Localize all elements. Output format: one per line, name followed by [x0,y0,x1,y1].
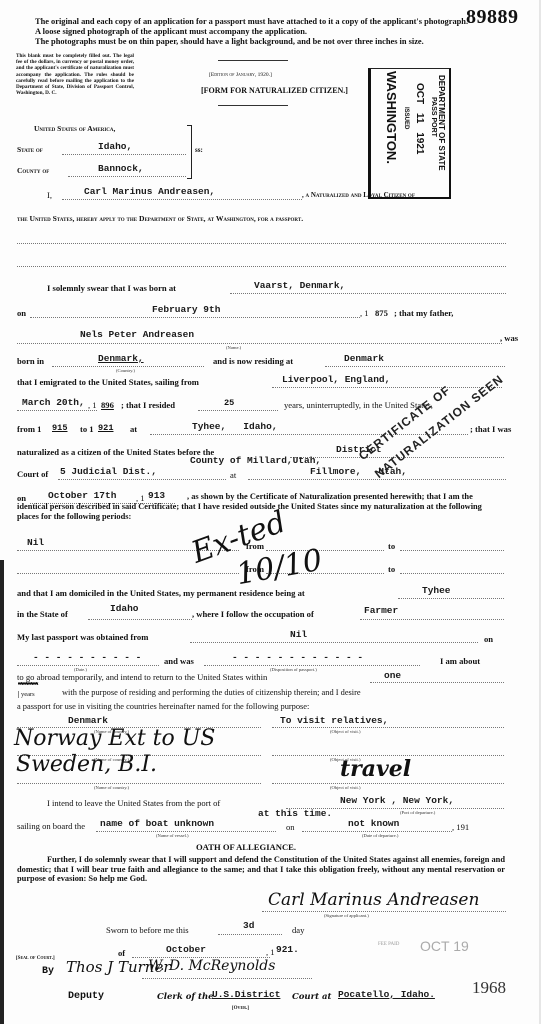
domicile-residence: Tyhee [422,585,451,596]
last-passport-lead: My last passport was obtained from [17,632,148,642]
field-line [52,366,204,367]
signature-caption: (Signature of applicant.) [324,913,369,918]
field-line [248,479,506,480]
field-line [370,682,504,683]
father-residence: Denmark [344,353,384,364]
birth-year: 875 [375,308,388,318]
court-name: 5 Judicial Dist., [60,466,157,477]
field-line [272,783,504,784]
departure-port: New York , New York, [340,795,454,806]
field-line [398,598,504,599]
stamp-city: WASHINGTON. [384,71,399,164]
field-line [272,387,502,388]
father-birth-country: Denmark, [98,353,144,364]
fee-stamp: FEE PAID [378,942,399,947]
venue-state-value: Idaho, [98,141,132,152]
object-1: To visit relatives, [280,715,388,726]
by-label: By [42,966,54,977]
fee-date: OCT 19 [420,938,469,954]
domicile-state-label: in the State of [17,609,68,619]
venue-country: United States of America, [34,124,115,133]
purpose-text: with the purpose of residing and perform… [62,688,361,697]
vessel-caption: (Name of vessel.) [156,833,189,838]
field-line [198,410,278,411]
field-line [325,366,505,367]
birth-place: Vaarst, Denmark, [254,280,345,291]
departure-year: , 191 [452,822,469,832]
court-county: County of Millard,Utah, [190,455,321,466]
venue-ss: ss: [195,146,203,154]
from-label: from 1 [17,424,41,434]
divider [218,105,288,106]
domicile-lead: and that I am domiciled in the United St… [17,588,305,598]
clerk-label: Clerk of the [157,992,214,1002]
naturalization-lead: naturalized as a citizen of the United S… [17,447,214,457]
abroad-to-1: to [388,541,395,551]
field-line [400,573,504,574]
to-year: 921 [98,423,113,433]
emigration-year-prefix: , 1 [88,400,97,410]
stamp-issued: ISSUED [403,107,409,129]
field-line [17,665,159,666]
that-i-was: ; that I was [470,424,511,434]
clerk-signature: W. D. McReynolds [148,958,275,974]
field-line [230,293,506,294]
at-label: at [130,424,137,434]
department-stamp: DEPARTMENT OF STATE PASS PORT OCT 11 192… [368,68,451,199]
vessel: name of boat unknown [100,818,214,829]
birth-on-label: on [17,308,26,318]
port-caption: (Port of departure.) [400,810,435,815]
serial-number: 89889 [466,6,519,29]
name-caption: (Name.) [226,345,241,350]
field-line [30,317,360,318]
bracket [187,125,192,179]
applicant-apply-text: the United States, hereby apply to the D… [17,214,303,223]
field-line [262,911,506,912]
struck-word: xxxxxxxx [18,681,38,687]
court: U.S.District [212,989,280,1000]
field-line [272,727,504,728]
residence-place: Tyhee, Idaho, [192,421,278,432]
field-line [17,573,239,574]
field-line [62,199,302,200]
birth-year-prefix: , 1 [360,308,369,318]
oath-title: OATH OF ALLEGIANCE. [196,842,296,852]
emigration-date: March 20th, [22,397,85,408]
years-label: years [18,691,35,698]
applicant-signature: Carl Marinus Andreasen [268,890,479,910]
scan-border [0,560,4,1024]
from-year: 915 [52,423,67,433]
court-label: Court of [17,469,48,479]
departure-date-caption: (Date of departure.) [362,833,398,838]
departure-date: not known [348,818,399,829]
occupation-label: , where I follow the occupation of [192,609,314,619]
handwritten-countries-1: Norway Ext to US [14,726,215,751]
passport-text: a passport for use in visiting the count… [17,702,309,711]
venue-state-label: State of [17,145,43,154]
resided-label: ; that I resided [121,400,175,410]
field-line [190,642,478,643]
applicant-status: , a Naturalized and Loyal Citizen of [302,191,415,199]
field-line [17,783,261,784]
over-label: [Over.] [232,1005,249,1011]
sworn-lead: Sworn to before me this [106,925,189,935]
object-caption-3: (Object of visit.) [330,785,361,790]
sworn-year: 921. [276,944,299,955]
abroad-to-2: to [388,564,395,574]
emigration-lead: that I emigrated to the United States, s… [17,377,199,387]
was-label: , was [500,333,518,343]
instructions-note: This blank must be completely filled out… [16,53,134,96]
sworn-month: October [166,944,206,955]
sworn-day-label: day [292,925,304,935]
disposition: - - - - - - - - - - - - [232,652,363,663]
sworn-of: of [118,948,125,958]
header-line-1: The original and each copy of an applica… [35,17,468,27]
field-line [88,619,192,620]
venue-county-value: Bannock, [98,163,144,174]
passport-application-page: The original and each copy of an applica… [0,0,541,1024]
court-place: Pocatello, Idaho. [338,989,435,1000]
duration: one [384,670,401,681]
father-name: Nels Peter Andreasen [80,329,194,340]
sailing-label: sailing on board the [17,821,85,831]
vessel-extra: at this time. [258,808,332,819]
header-line-3: The photographs must be on thin paper, s… [35,37,424,47]
court-at-label: at [230,470,236,480]
field-line [17,243,506,244]
court-at: Court at [292,992,331,1002]
field-line [68,176,186,177]
occupation: Farmer [364,605,398,616]
last-passport-on: on [484,634,493,644]
departure-on: on [286,822,295,832]
applicant-name: Carl Marinus Andreasen, [84,186,215,197]
stamp-dept-line1: DEPARTMENT OF STATE [437,75,446,171]
field-line [17,410,97,411]
residing-label: and is now residing at [213,356,293,366]
about-label: I am about [440,656,480,666]
birth-date: February 9th [152,304,220,315]
disposition-caption: (Disposition of passport.) [270,667,317,672]
seal-label: [Seal of Court.] [16,955,55,961]
and-was-label: and was [164,656,194,666]
oath-text: Further, I do solemnly swear that I will… [17,855,505,884]
field-line [142,978,312,979]
stamp-date: OCT 11 1921 [414,83,425,154]
birth-lead: I solemnly swear that I was born at [47,283,176,293]
sworn-day: 3d [243,920,254,931]
country-1: Denmark [68,715,108,726]
handwritten-object: travel [340,756,411,782]
object-caption-1: (Object of visit.) [330,729,361,734]
applicant-intro: I, [47,190,52,200]
handwritten-countries-2: Sweden, B.I. [16,752,157,777]
abroad-text: to go abroad temporarily, and intend to … [17,672,267,682]
field-line [17,343,502,344]
field-line [17,266,506,267]
born-in-label: born in [17,356,44,366]
last-passport-date: - - - - - - - - - - [33,652,141,663]
edition-label: [Edition of January, 1920.] [209,72,272,78]
field-line [400,550,504,551]
sworn-year-prefix: , 1 [266,947,275,957]
field-line [62,154,186,155]
field-line [58,479,226,480]
to-label: to 1 [80,424,94,434]
venue-county-label: County of [17,166,49,175]
field-line [204,665,420,666]
header-line-2: A loose signed photograph of the applica… [35,27,307,37]
field-line [218,934,282,935]
father-label: ; that my father, [394,308,453,318]
country-caption-3: (Name of country.) [94,785,129,790]
country-caption: (Country.) [116,368,135,373]
last-passport-from: Nil [290,629,307,640]
stamp-dept-line2: PASS PORT [430,97,437,137]
field-line [96,831,276,832]
form-title: [FORM FOR NATURALIZED CITIZEN.] [201,86,348,95]
divider [218,60,288,61]
domicile-state: Idaho [110,603,139,614]
field-line [360,619,504,620]
emigration-year: 896 [101,400,114,410]
deputy-label: Deputy [68,991,104,1002]
field-line [302,831,452,832]
resided-years: 25 [224,398,234,408]
file-number: 1968 [472,978,506,998]
abroad-place-1: Nil [27,537,44,548]
departure-lead: I intend to leave the United States from… [47,798,220,808]
emigration-port: Liverpool, England, [282,374,390,385]
